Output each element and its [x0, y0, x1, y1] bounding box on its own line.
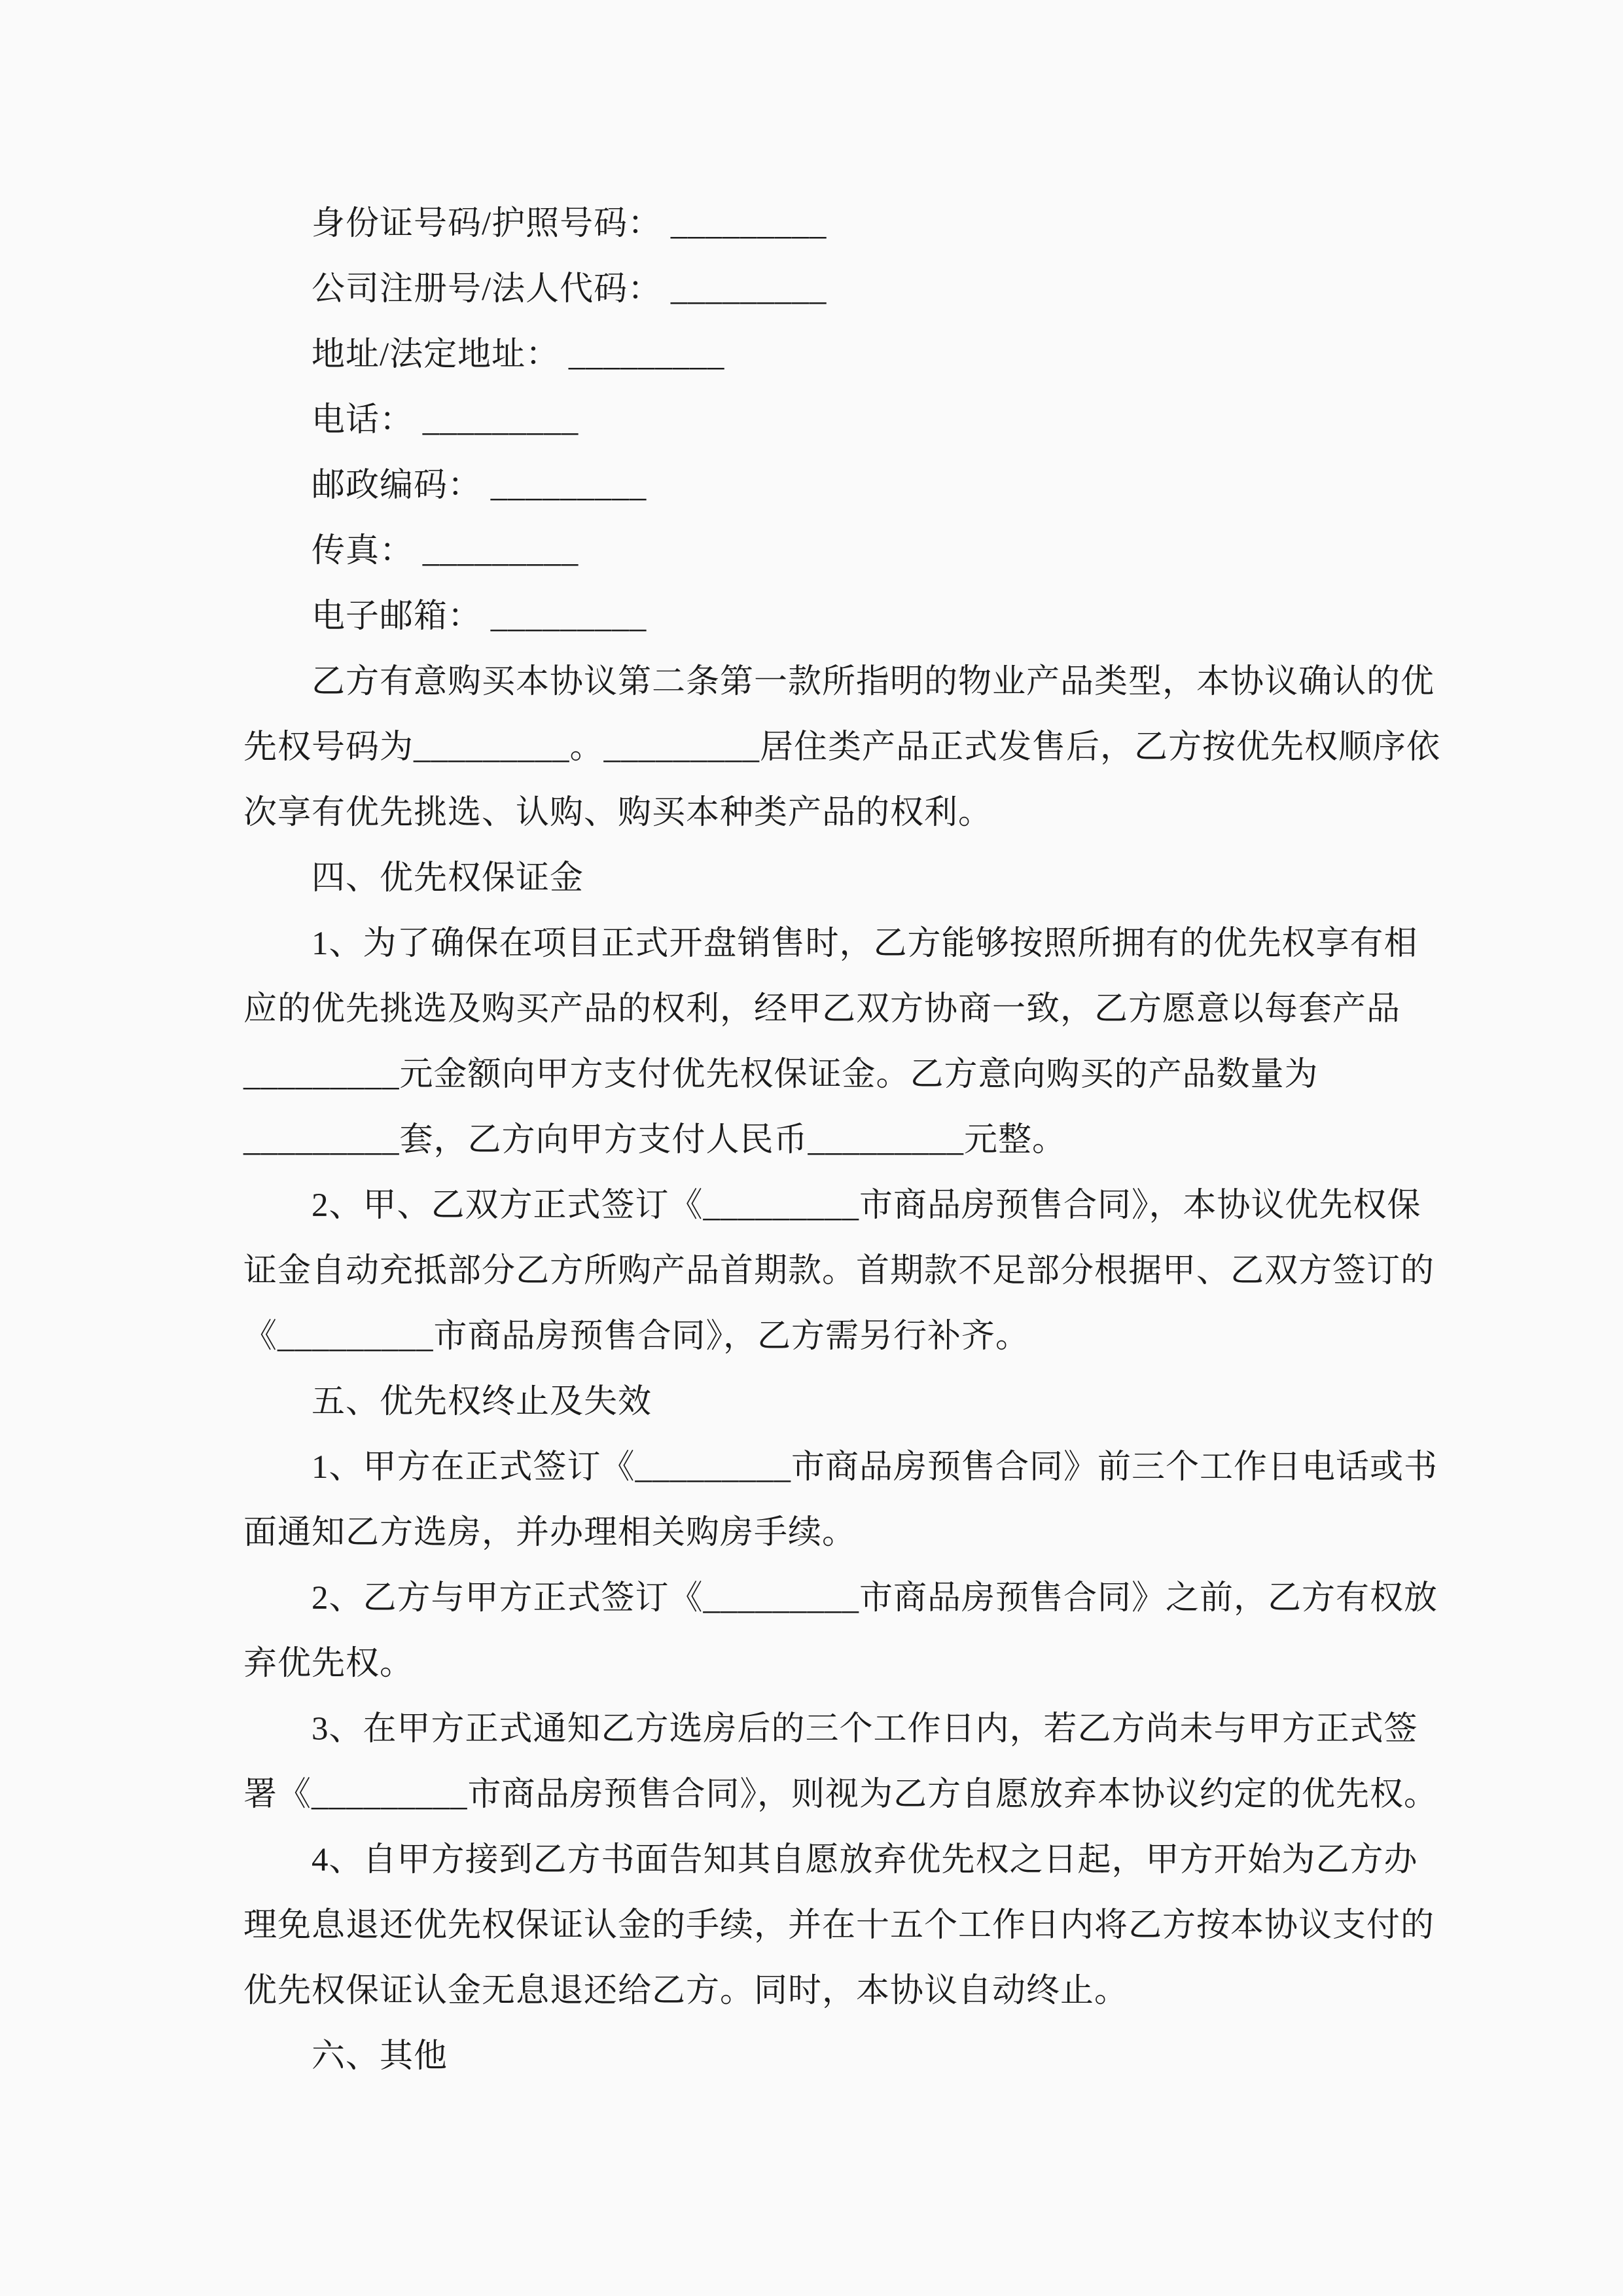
document-page: 身份证号码/护照号码： _________ 公司注册号/法人代码： ______…	[0, 0, 1623, 2296]
section-heading-5: 五、优先权终止及失效	[243, 1369, 1394, 1435]
clause-line: 2、甲、乙双方正式签订《_________市商品房预售合同》，本协议优先权保	[243, 1173, 1394, 1238]
clause-line: 应的优先挑选及购买产品的权利，经甲乙双方协商一致，乙方愿意以每套产品	[243, 977, 1394, 1042]
clause-line: _________元金额向甲方支付优先权保证金。乙方意向购买的产品数量为	[243, 1042, 1394, 1107]
form-field-line-address: 地址/法定地址： _________	[243, 322, 1394, 387]
form-field-line-email: 电子邮箱： _________	[243, 584, 1394, 649]
paragraph-line: 先权号码为_________。_________居住类产品正式发售后，乙方按优先…	[243, 715, 1394, 780]
section-heading-6: 六、其他	[243, 2024, 1394, 2089]
form-field-line-id-passport: 身份证号码/护照号码： _________	[243, 191, 1394, 257]
clause-line: 1、甲方在正式签订《_________市商品房预售合同》前三个工作日电话或书	[243, 1435, 1394, 1500]
clause-line: 证金自动充抵部分乙方所购产品首期款。首期款不足部分根据甲、乙双方签订的	[243, 1238, 1394, 1304]
paragraph-line: 次享有优先挑选、认购、购买本种类产品的权利。	[243, 780, 1394, 846]
section-heading-4: 四、优先权保证金	[243, 846, 1394, 911]
clause-line: 弃优先权。	[243, 1631, 1394, 1696]
form-field-line-fax: 传真： _________	[243, 518, 1394, 584]
form-field-line-phone: 电话： _________	[243, 387, 1394, 453]
form-field-line-postcode: 邮政编码： _________	[243, 453, 1394, 518]
clause-line: 4、自甲方接到乙方书面告知其自愿放弃优先权之日起，甲方开始为乙方办	[243, 1827, 1394, 1893]
clause-line: 署《_________市商品房预售合同》，则视为乙方自愿放弃本协议约定的优先权。	[243, 1762, 1394, 1827]
clause-line: 理免息退还优先权保证认金的手续，并在十五个工作日内将乙方按本协议支付的	[243, 1893, 1394, 1958]
paragraph-line: 乙方有意购买本协议第二条第一款所指明的物业产品类型，本协议确认的优	[243, 649, 1394, 715]
clause-line: _________套，乙方向甲方支付人民币_________元整。	[243, 1107, 1394, 1173]
clause-line: 2、乙方与甲方正式签订《_________市商品房预售合同》之前，乙方有权放	[243, 1566, 1394, 1631]
form-field-line-company-reg: 公司注册号/法人代码： _________	[243, 257, 1394, 322]
clause-line: 面通知乙方选房，并办理相关购房手续。	[243, 1500, 1394, 1566]
clause-line: 1、为了确保在项目正式开盘销售时，乙方能够按照所拥有的优先权享有相	[243, 911, 1394, 977]
clause-line: 《_________市商品房预售合同》，乙方需另行补齐。	[243, 1304, 1394, 1369]
clause-line: 优先权保证认金无息退还给乙方。同时，本协议自动终止。	[243, 1958, 1394, 2024]
clause-line: 3、在甲方正式通知乙方选房后的三个工作日内，若乙方尚未与甲方正式签	[243, 1696, 1394, 1762]
